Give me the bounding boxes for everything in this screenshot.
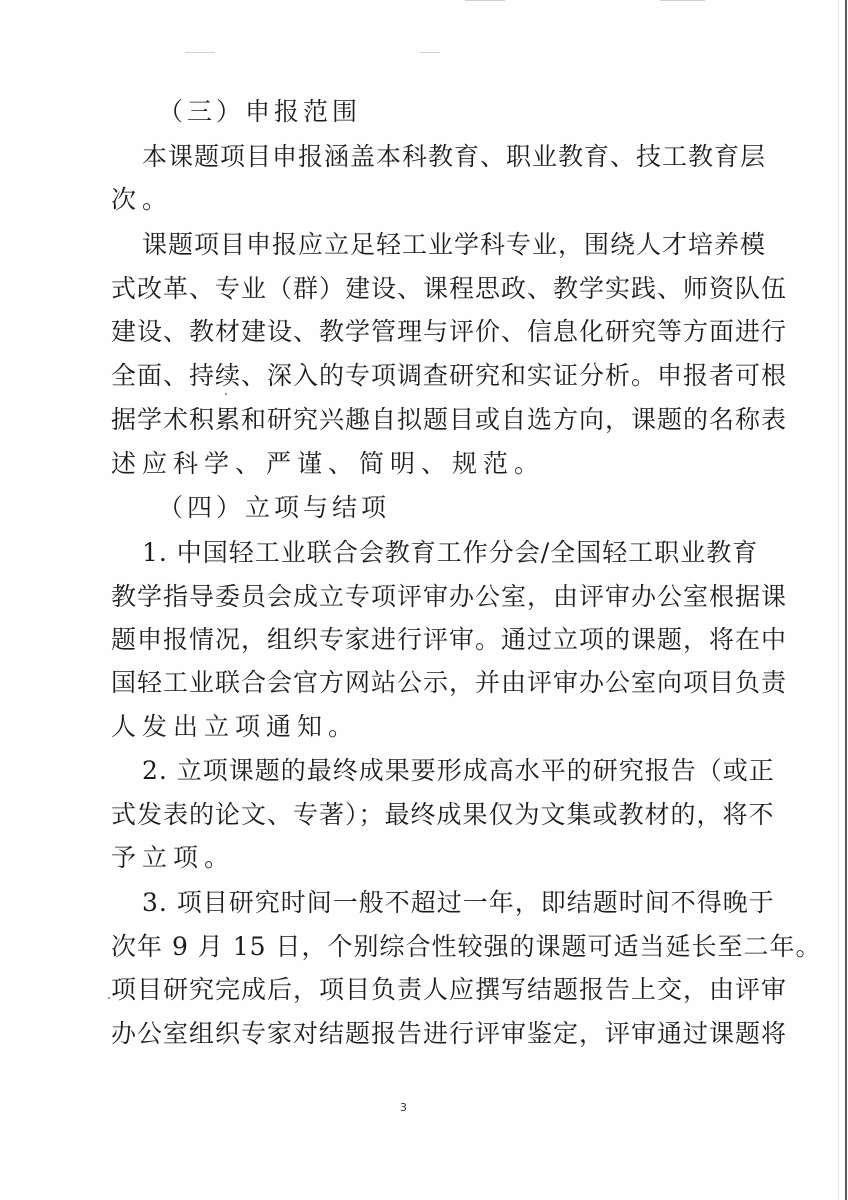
paragraph-line: 题申报情况，组织专家进行评审。通过立项的课题，将在中: [111, 624, 704, 656]
paragraph-line: 国轻工业联合会官方网站公示，并由评审办公室向项目负责: [111, 667, 704, 699]
paragraph-line: 1. 中国轻工业联合会教育工作分会/全国轻工职业教育: [142, 537, 704, 569]
section-heading-3: （三）申报范围: [158, 96, 361, 128]
scan-artifact: [465, 0, 505, 1]
paragraph-line: 式改革、专业（群）建设、课程思政、教学实践、师资队伍: [111, 273, 704, 305]
paragraph-line: 课题项目申报应立足轻工业学科专业，围绕人才培养模: [142, 229, 704, 261]
paragraph-line: 据学术积累和研究兴趣自拟题目或自选方向，课题的名称表: [111, 404, 704, 436]
paragraph-line: 次。: [111, 184, 173, 216]
paragraph-line: 项目研究完成后，项目负责人应撰写结题报告上交，由评审: [111, 974, 704, 1006]
paragraph-line: 建设、教材建设、教学管理与评价、信息化研究等方面进行: [111, 316, 704, 348]
paragraph-line: 2. 立项课题的最终成果要形成高水平的研究报告（或正: [142, 755, 704, 787]
scan-artifact: [660, 0, 705, 1]
paragraph-line: 办公室组织专家对结题报告进行评审鉴定，评审通过课题将: [111, 1018, 704, 1050]
section-heading-4: （四）立项与结项: [158, 492, 390, 524]
paragraph-line: 式发表的论文、专著）；最终成果仅为文集或教材的，将不: [111, 799, 704, 831]
paragraph-line: 次年 9 月 15 日，个别综合性较强的课题可适当延长至二年。: [111, 931, 704, 963]
scan-edge-line-faint: [838, 0, 839, 1200]
paragraph-line: 3. 项目研究时间一般不超过一年，即结题时间不得晚于: [142, 887, 704, 919]
paragraph-line: 人发出立项通知。: [111, 711, 359, 743]
scan-artifact: [185, 52, 215, 53]
paragraph-line: 本课题项目申报涵盖本科教育、职业教育、技工教育层: [142, 141, 704, 173]
scan-edge-line: [845, 0, 847, 1200]
page-number: 3: [400, 1101, 407, 1114]
scan-speck: [225, 393, 227, 395]
scan-speck: [108, 997, 110, 999]
paragraph-line: 教学指导委员会成立专项评审办公室，由评审办公室根据课: [111, 581, 704, 613]
scan-artifact: [420, 52, 440, 53]
paragraph-line: 予立项。: [111, 842, 235, 874]
scanned-page: （三）申报范围 本课题项目申报涵盖本科教育、职业教育、技工教育层 次。 课题项目…: [0, 0, 848, 1200]
paragraph-line: 全面、持续、深入的专项调查研究和实证分析。申报者可根: [111, 360, 704, 392]
paragraph-line: 述应科学、严谨、简明、规范。: [111, 448, 545, 480]
